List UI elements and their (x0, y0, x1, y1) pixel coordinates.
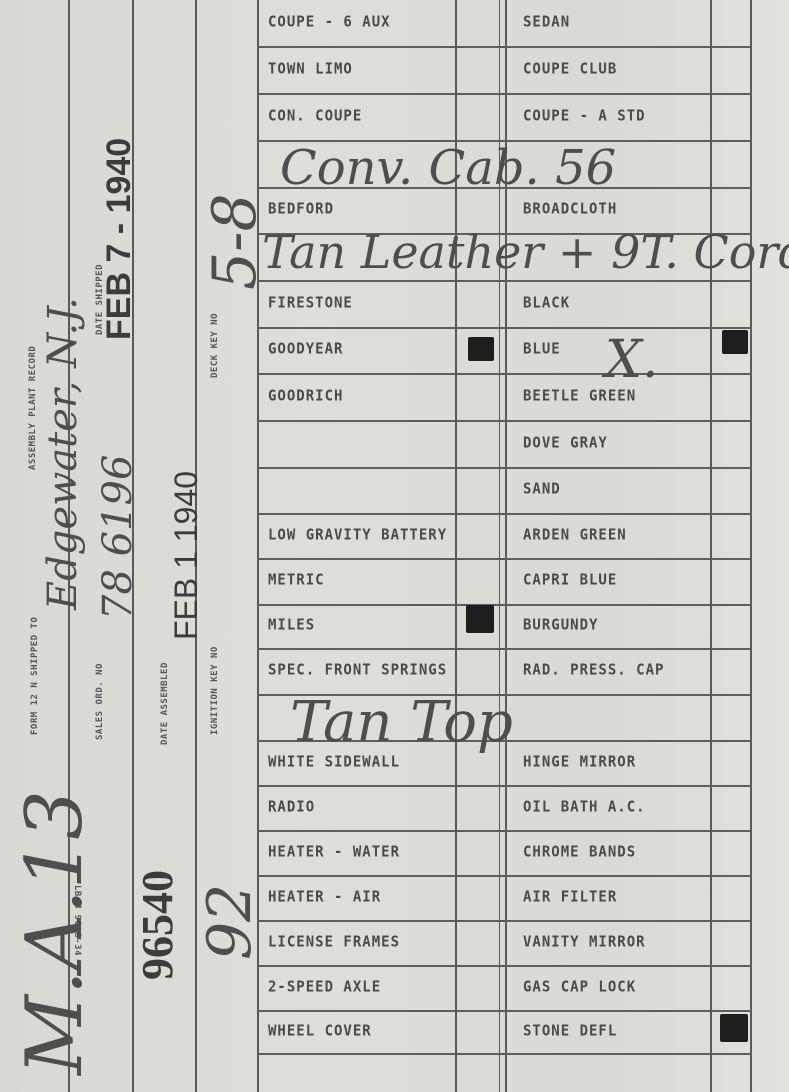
option-label: LICENSE FRAMES (268, 933, 400, 951)
option-label: DOVE GRAY (523, 434, 608, 452)
ignition-key-no-handwritten: 92 (195, 884, 265, 960)
top-note: Tan Top (290, 690, 513, 755)
check-mark (722, 330, 748, 354)
row-divider (257, 965, 752, 967)
row-divider (257, 1010, 752, 1012)
option-label: 2-SPEED AXLE (268, 978, 381, 996)
option-label: MILES (268, 616, 315, 634)
option-label: WHEEL COVER (268, 1022, 372, 1040)
row-divider (257, 327, 752, 329)
option-label: WHITE SIDEWALL (268, 753, 400, 771)
option-label: SPEC. FRONT SPRINGS (268, 661, 447, 679)
option-label: ARDEN GREEN (523, 526, 627, 544)
check-mark (468, 337, 494, 361)
serial-stamp: 96540 (132, 870, 183, 980)
row-divider (257, 280, 752, 282)
date-shipped-stamp: FEB 7 - 1940 (100, 138, 139, 340)
option-label: HEATER - AIR (268, 888, 381, 906)
option-label: CON. COUPE (268, 107, 362, 125)
option-label: GOODRICH (268, 387, 343, 405)
row-divider (257, 46, 752, 48)
option-label: OIL BATH A.C. (523, 798, 646, 816)
option-label: HINGE MIRROR (523, 753, 636, 771)
option-label: FIRESTONE (268, 294, 353, 312)
option-label: BLACK (523, 294, 570, 312)
row-divider (257, 467, 752, 469)
option-label: TOWN LIMO (268, 60, 353, 78)
option-label: COUPE - 6 AUX (268, 13, 391, 31)
deck-key-no-handwritten: 5-8 (200, 193, 270, 290)
row-divider (257, 830, 752, 832)
record-card: COUPE - 6 AUXSEDANTOWN LIMOCOUPE CLUBCON… (0, 0, 789, 1092)
option-label: STONE DEFL (523, 1022, 617, 1040)
option-label: HEATER - WATER (268, 843, 400, 861)
deck-key-no-label: DECK KEY NO (210, 313, 220, 378)
row-divider (257, 785, 752, 787)
ignition-key-no-label: IGNITION KEY NO (210, 646, 220, 735)
row-divider (257, 93, 752, 95)
divider (750, 0, 752, 1092)
handwritten-code: M.A.13 (10, 790, 100, 1075)
option-label: BROADCLOTH (523, 200, 617, 218)
row-divider (257, 920, 752, 922)
divider (710, 0, 712, 1092)
row-divider (257, 604, 752, 606)
option-label: CAPRI BLUE (523, 571, 617, 589)
date-assembled-stamp: FEB 1 1940 (168, 471, 205, 640)
option-label: VANITY MIRROR (523, 933, 646, 951)
option-label: AIR FILTER (523, 888, 617, 906)
row-divider (257, 513, 752, 515)
option-label: BURGUNDY (523, 616, 598, 634)
check-mark (466, 605, 494, 633)
option-label: LOW GRAVITY BATTERY (268, 526, 447, 544)
row-divider (257, 1053, 752, 1055)
row-divider (257, 875, 752, 877)
option-label: RADIO (268, 798, 315, 816)
row-divider (257, 648, 752, 650)
row-divider (257, 420, 752, 422)
option-label: BEDFORD (268, 200, 334, 218)
option-label: SAND (523, 480, 561, 498)
option-label: METRIC (268, 571, 325, 589)
sales-ord-no-handwritten: 78 6196 (95, 455, 141, 620)
option-label: COUPE CLUB (523, 60, 617, 78)
option-label: BLUE (523, 340, 561, 358)
date-assembled-label: DATE ASSEMBLED (160, 662, 170, 745)
shipped-to-label: FORM 12 N SHIPPED TO (30, 617, 40, 735)
body-style-note: Conv. Cab. 56 (280, 140, 616, 196)
color-note: X. (605, 330, 659, 390)
shipped-to-handwritten: Edgewater, N.J. (40, 297, 86, 610)
option-label: SEDAN (523, 13, 570, 31)
option-label: COUPE - A STD (523, 107, 646, 125)
option-label: CHROME BANDS (523, 843, 636, 861)
trim-note: Tan Leather + 9T. Cord (262, 225, 789, 279)
option-label: RAD. PRESS. CAP (523, 661, 664, 679)
sales-ord-no-label: SALES ORD. NO (95, 663, 105, 740)
check-mark (720, 1014, 748, 1042)
assembly-plant-record-label: ASSEMBLY PLANT RECORD (28, 346, 38, 470)
option-label: GAS CAP LOCK (523, 978, 636, 996)
row-divider (257, 558, 752, 560)
row-divider (257, 373, 752, 375)
option-label: GOODYEAR (268, 340, 343, 358)
